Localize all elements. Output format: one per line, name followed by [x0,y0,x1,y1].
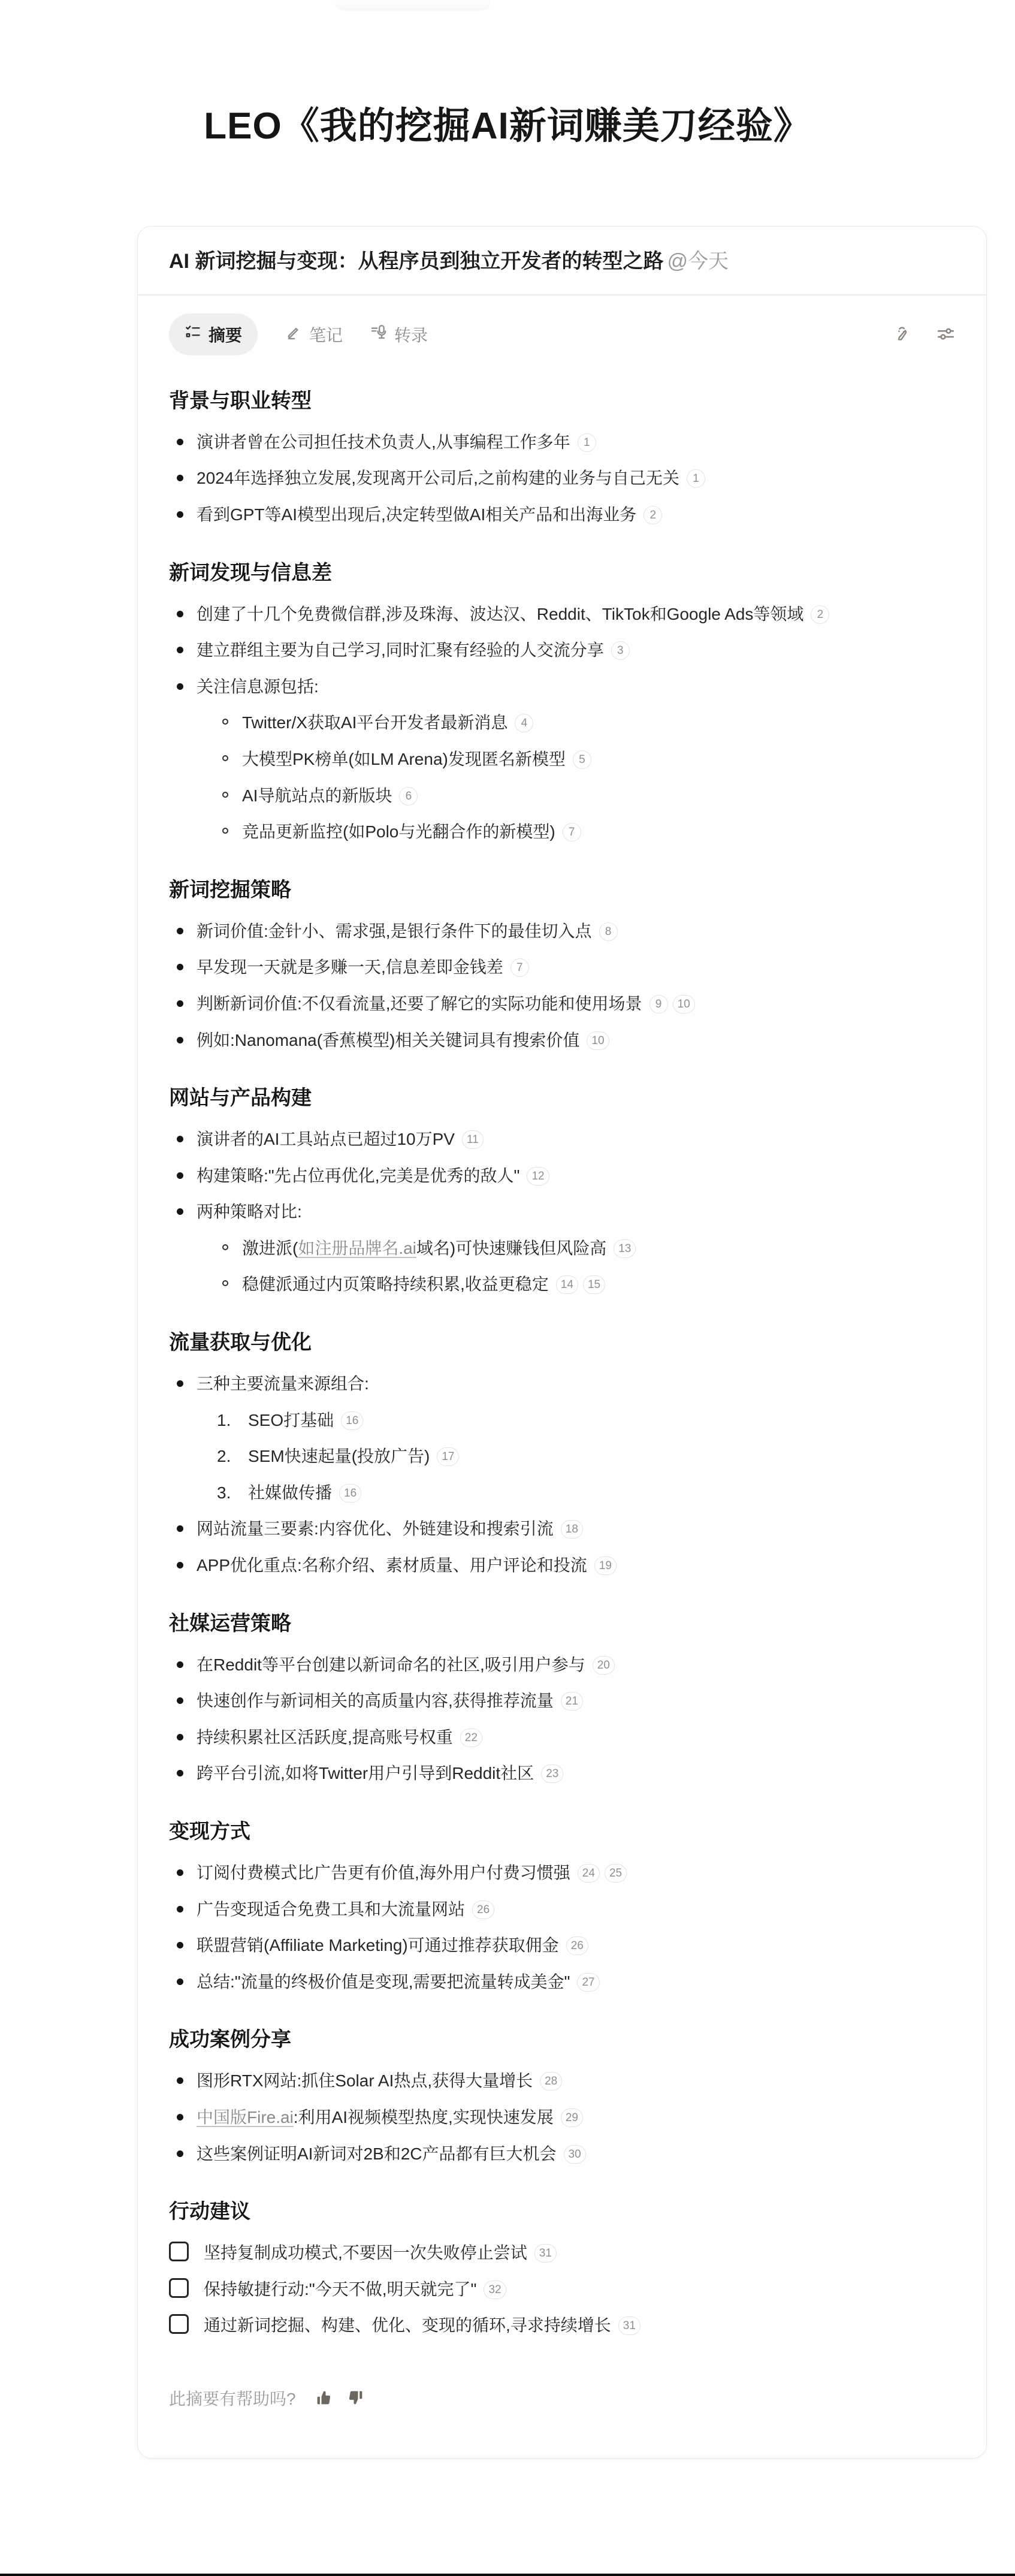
item-text-segment: 竞品更新监控(如Polo与光翻合作的新模型) [242,822,555,841]
bullet-icon [177,1000,183,1007]
item-text: AI导航站点的新版块6 [242,786,418,805]
list-item: Twitter/X获取AI平台开发者最新消息4 [215,711,955,735]
item-text-segment: SEO打基础 [248,1411,334,1429]
list-item: 快速创作与新词相关的高质量内容,获得推荐流量21 [169,1689,955,1714]
tab-summary-label: 摘要 [209,322,242,346]
item-text: 演讲者的AI工具站点已超过10万PV11 [197,1130,484,1148]
section-heading: 流量获取与优化 [169,1326,955,1355]
item-text: 三种主要流量来源组合: [197,1374,369,1393]
bottom-bar [0,2574,1015,2576]
bullet-icon [177,647,183,653]
list-item: AI导航站点的新版块6 [215,784,955,809]
summary-section: 变现方式订阅付费模式比广告更有价值,海外用户付费习惯强2425广告变现适合免费工… [169,1815,955,1994]
bullet-icon [177,2114,183,2120]
citation-badge[interactable]: 17 [437,1447,459,1466]
action-item: 通过新词挖掘、构建、优化、变现的循环,寻求持续增长31 [169,2313,955,2338]
item-text-segment: 坚持复制成功模式,不要因一次失败停止尝试 [204,2243,527,2262]
microphone-icon [370,324,387,345]
list-item: 激进派(如注册品牌名.ai域名)可快速赚钱但风险高13 [215,1236,955,1261]
section-heading: 社媒运营策略 [169,1607,955,1636]
item-text: 订阅付费模式比广告更有价值,海外用户付费习惯强2425 [197,1863,627,1882]
citation-badge[interactable]: 24 [578,1864,600,1883]
citation-badge[interactable]: 19 [594,1557,617,1575]
item-text-segment: 早发现一天就是多赚一天,信息差即金钱差 [197,958,503,976]
item-text-segment: 域名)可快速赚钱但风险高 [416,1239,606,1257]
checkbox[interactable] [169,2278,189,2298]
bullet-icon [177,1869,183,1876]
citation-badge[interactable]: 11 [462,1130,484,1149]
feedback-buttons [315,2389,364,2406]
citation-badge[interactable]: 8 [599,922,618,941]
bullet-icon [177,1697,183,1704]
list-item: 订阅付费模式比广告更有价值,海外用户付费习惯强2425 [169,1861,955,1886]
item-text-segment: 保持敏捷行动:"今天不做,明天就完了" [204,2280,476,2299]
list-item: 两种策略对比: [169,1200,955,1224]
item-text-segment: 创建了十几个免费微信群,涉及珠海、波达汉、Reddit、TikTok和Googl… [197,605,803,623]
citation-badge[interactable]: 31 [618,2316,641,2335]
list-item: 演讲者的AI工具站点已超过10万PV11 [169,1127,955,1152]
item-text-segment: 在Reddit等平台创建以新词命名的社区,吸引用户参与 [197,1655,585,1674]
list-item: 1.SEO打基础16 [215,1408,955,1433]
item-text-segment: 跨平台引流,如将Twitter用户引导到Reddit社区 [197,1764,534,1782]
list-item: 在Reddit等平台创建以新词命名的社区,吸引用户参与20 [169,1653,955,1678]
item-text-segment: 两种策略对比: [197,1202,302,1221]
citation-badge[interactable]: 13 [614,1239,636,1258]
card-meta-date: @今天 [667,250,729,273]
item-text: 看到GPT等AI模型出现后,决定转型做AI相关产品和出海业务2 [197,505,662,524]
tab-transcript[interactable]: 转录 [370,313,428,355]
list-number: 1. [217,1408,231,1433]
tab-notes[interactable]: 笔记 [285,313,343,355]
list-number: 2. [217,1444,231,1469]
citation-badge[interactable]: 2 [644,506,662,524]
list-item: 中国版Fire.ai:利用AI视频模型热度,实现快速发展29 [169,2106,955,2130]
item-text-segment: 演讲者曾在公司担任技术负责人,从事编程工作多年 [197,433,570,451]
item-text: 持续积累社区活跃度,提高账号权重22 [197,1728,482,1747]
citation-badge[interactable]: 31 [534,2244,557,2263]
citation-badge[interactable]: 25 [605,1864,627,1883]
bullet-icon [177,1037,183,1043]
item-text: 两种策略对比: [197,1202,302,1221]
list-item: 演讲者曾在公司担任技术负责人,从事编程工作多年1 [169,430,955,455]
item-text-segment: 新词价值:金针小、需求强,是银行条件下的最佳切入点 [197,922,592,940]
list-item: 竞品更新监控(如Polo与光翻合作的新模型)7 [215,820,955,844]
citation-badge[interactable]: 12 [527,1167,549,1186]
bullet-icon [177,1661,183,1668]
item-text-segment: 持续积累社区活跃度,提高账号权重 [197,1728,453,1747]
item-text-segment: 联盟营销(Affiliate Marketing)可通过推荐获取佣金 [197,1936,559,1954]
item-text-segment: 稳健派通过内页策略持续积累,收益更稳定 [242,1275,549,1293]
tab-transcript-label: 转录 [394,322,428,346]
bullet-icon [177,511,183,518]
bullet-icon [177,964,183,970]
bullet-icon [177,1172,183,1179]
citation-badge[interactable]: 1 [687,469,705,488]
item-text-segment: 广告变现适合免费工具和大流量网站 [197,1900,465,1919]
citation-badge[interactable]: 15 [583,1275,605,1294]
list-item: 广告变现适合免费工具和大流量网站26 [169,1898,955,1922]
item-text: SEM快速起量(投放广告)17 [248,1447,459,1465]
bullet-icon [177,683,183,690]
section-heading: 变现方式 [169,1815,955,1844]
item-text: 演讲者曾在公司担任技术负责人,从事编程工作多年1 [197,433,596,451]
bullet-icon [177,1942,183,1948]
feedback-row: 此摘要有帮助吗? [138,2350,986,2410]
item-text: 竞品更新监控(如Polo与光翻合作的新模型)7 [242,822,581,841]
section-heading: 新词发现与信息差 [169,556,955,586]
list-item: 三种主要流量来源组合: [169,1372,955,1396]
citation-badge[interactable]: 7 [510,958,529,977]
list-item: 2.SEM快速起量(投放广告)17 [215,1444,955,1469]
page-title: LEO《我的挖掘AI新词赚美刀经验》 [0,96,1015,149]
item-text-segment: 看到GPT等AI模型出现后,决定转型做AI相关产品和出海业务 [197,505,636,524]
citation-badge[interactable]: 26 [566,1936,588,1955]
item-text-segment: SEM快速起量(投放广告) [248,1447,430,1465]
citation-badge[interactable]: 5 [573,750,591,769]
summary-content: 背景与职业转型演讲者曾在公司担任技术负责人,从事编程工作多年12024年选择独立… [138,384,986,2338]
item-text-segment: 关注信息源包括: [197,677,319,696]
item-text-segment: 图形RTX网站:抓住Solar AI热点,获得大量增长 [197,2071,533,2090]
bullet-icon [177,1978,183,1985]
sub-bullet-icon [222,1280,228,1286]
citation-badge[interactable]: 23 [541,1764,563,1783]
citation-badge[interactable]: 7 [563,823,581,841]
bullet-icon [177,1208,183,1215]
list-item: 图形RTX网站:抓住Solar AI热点,获得大量增长28 [169,2069,955,2094]
sub-bullet-icon [222,792,228,798]
sub-bullet-icon [222,828,228,834]
item-text-segment: 激进派( [242,1239,298,1257]
item-text-segment: 2024年选择独立发展,发现离开公司后,之前构建的业务与自己无关 [197,469,679,487]
summary-section: 网站与产品构建演讲者的AI工具站点已超过10万PV11构建策略:"先占位再优化,… [169,1081,955,1297]
section-heading: 背景与职业转型 [169,384,955,414]
bullet-icon [177,2150,183,2157]
item-text-segment: AI导航站点的新版块 [242,786,392,805]
list-item: 关注信息源包括: [169,675,955,699]
list-item: 创建了十几个免费微信群,涉及珠海、波达汉、Reddit、TikTok和Googl… [169,602,955,627]
section-heading: 行动建议 [169,2195,955,2224]
item-text: 总结:"流量的终极价值是变现,需要把流量转成美金"27 [197,1972,600,1991]
citation-badge[interactable]: 20 [593,1656,615,1675]
citation-badge[interactable]: 2 [811,605,829,624]
item-text-segment: 总结:"流量的终极价值是变现,需要把流量转成美金" [197,1972,570,1991]
list-item: 网站流量三要素:内容优化、外链建设和搜索引流18 [169,1517,955,1542]
checkbox[interactable] [169,2314,189,2334]
card-header: AI 新词挖掘与变现：从程序员到独立开发者的转型之路@今天 [138,227,986,294]
bullet-icon [177,1770,183,1776]
citation-badge[interactable]: 6 [399,787,418,806]
item-text-segment: 建立群组主要为自己学习,同时汇聚有经验的人交流分享 [197,641,604,659]
bullet-icon [177,1525,183,1532]
item-text: 坚持复制成功模式,不要因一次失败停止尝试31 [204,2243,557,2262]
tab-summary[interactable]: 摘要 [169,313,258,355]
item-text: 激进派(如注册品牌名.ai域名)可快速赚钱但风险高13 [242,1239,636,1257]
item-text-segment: APP优化重点:名称介绍、素材质量、用户评论和投流 [197,1556,587,1574]
citation-badge[interactable]: 10 [673,995,695,1013]
item-text: 建立群组主要为自己学习,同时汇聚有经验的人交流分享3 [197,641,630,659]
citation-badge[interactable]: 16 [341,1411,363,1430]
item-text: 保持敏捷行动:"今天不做,明天就完了"32 [204,2280,506,2299]
item-text-segment: 快速创作与新词相关的高质量内容,获得推荐流量 [197,1691,554,1710]
summary-card: AI 新词挖掘与变现：从程序员到独立开发者的转型之路@今天 摘要 [137,226,987,2459]
citation-badge[interactable]: 28 [540,2072,562,2091]
list-number: 3. [217,1481,231,1506]
item-text-segment: 社媒做传播 [248,1483,332,1502]
citation-badge[interactable]: 30 [564,2145,586,2164]
list-item: 总结:"流量的终极价值是变现,需要把流量转成美金"27 [169,1970,955,1995]
sub-bullet-icon [222,755,228,761]
pencil-icon [285,324,302,345]
list-item: 跨平台引流,如将Twitter用户引导到Reddit社区23 [169,1761,955,1786]
citation-badge[interactable]: 18 [561,1520,583,1539]
item-text: APP优化重点:名称介绍、素材质量、用户评论和投流19 [197,1556,617,1574]
item-text: 早发现一天就是多赚一天,信息差即金钱差7 [197,958,529,976]
list-item: 例如:Nanomana(香蕉模型)相关关键词具有搜索价值10 [169,1028,955,1053]
summary-section: 社媒运营策略在Reddit等平台创建以新词命名的社区,吸引用户参与20快速创作与… [169,1607,955,1786]
feedback-question: 此摘要有帮助吗? [169,2386,296,2410]
thumbs-down-button[interactable] [347,2389,364,2406]
item-text: 判断新词价值:不仅看流量,还要了解它的实际功能和使用场景910 [197,994,695,1013]
item-text-segment: 大模型PK榜单(如LM Arena)发现匿名新模型 [242,750,566,768]
summary-section: 背景与职业转型演讲者曾在公司担任技术负责人,从事编程工作多年12024年选择独立… [169,384,955,527]
bullet-icon [177,439,183,445]
item-text-segment: 通过新词挖掘、构建、优化、变现的循环,寻求持续增长 [204,2316,611,2334]
item-text-segment: 演讲者的AI工具站点已超过10万PV [197,1130,455,1148]
item-text: 社媒做传播16 [248,1483,361,1502]
sparkle-pen-icon[interactable] [894,325,913,343]
item-text: 联盟营销(Affiliate Marketing)可通过推荐获取佣金26 [197,1936,588,1954]
item-text: 创建了十几个免费微信群,涉及珠海、波达汉、Reddit、TikTok和Googl… [197,605,829,623]
item-text-segment: 三种主要流量来源组合: [197,1374,369,1393]
section-heading: 成功案例分享 [169,2023,955,2052]
inline-link[interactable]: 中国版Fire.ai [197,2108,294,2126]
item-text: 通过新词挖掘、构建、优化、变现的循环,寻求持续增长31 [204,2316,641,2334]
item-text: 2024年选择独立发展,发现离开公司后,之前构建的业务与自己无关1 [197,469,705,487]
summary-section: 流量获取与优化三种主要流量来源组合:1.SEO打基础162.SEM快速起量(投放… [169,1326,955,1578]
citation-badge[interactable]: 22 [460,1729,482,1747]
summary-section: 新词挖掘策略新词价值:金针小、需求强,是银行条件下的最佳切入点8早发现一天就是多… [169,873,955,1052]
citation-badge[interactable]: 14 [556,1275,578,1294]
bullet-icon [177,928,183,934]
sub-bullet-icon [222,719,228,725]
item-text-segment: 判断新词价值:不仅看流量,还要了解它的实际功能和使用场景 [197,994,642,1013]
item-text: 关注信息源包括: [197,677,319,696]
summary-section: 成功案例分享图形RTX网站:抓住Solar AI热点,获得大量增长28中国版Fi… [169,2023,955,2166]
item-text-segment: 例如:Nanomana(香蕉模型)相关关键词具有搜索价值 [197,1031,579,1049]
item-text-segment: Twitter/X获取AI平台开发者最新消息 [242,713,507,732]
item-text: 中国版Fire.ai:利用AI视频模型热度,实现快速发展29 [197,2108,583,2126]
bullet-icon [177,475,183,481]
toast-remnant [336,0,490,9]
item-text: 构建策略:"先占位再优化,完美是优秀的敌人"12 [197,1166,549,1185]
citation-badge[interactable]: 10 [587,1031,609,1050]
item-text: 稳健派通过内页策略持续积累,收益更稳定1415 [242,1275,605,1293]
list-item: 大模型PK榜单(如LM Arena)发现匿名新模型5 [215,747,955,772]
citation-badge[interactable]: 4 [515,714,533,732]
summary-section: 新词发现与信息差创建了十几个免费微信群,涉及珠海、波达汉、Reddit、TikT… [169,556,955,844]
list-item: 3.社媒做传播16 [215,1481,955,1506]
checklist-icon [185,324,201,345]
bullet-icon [177,1380,183,1387]
item-text: 广告变现适合免费工具和大流量网站26 [197,1900,494,1919]
item-text-segment: 订阅付费模式比广告更有价值,海外用户付费习惯强 [197,1863,570,1882]
item-text: 这些案例证明AI新词对2B和2C产品都有巨大机会30 [197,2144,586,2163]
bullet-icon [177,611,183,617]
citation-badge[interactable]: 21 [561,1692,583,1711]
thumbs-up-button[interactable] [315,2389,333,2406]
action-item: 保持敏捷行动:"今天不做,明天就完了"32 [169,2278,955,2302]
citation-badge[interactable]: 16 [339,1484,361,1503]
item-text: 图形RTX网站:抓住Solar AI热点,获得大量增长28 [197,2071,562,2090]
list-item: 联盟营销(Affiliate Marketing)可通过推荐获取佣金26 [169,1933,955,1958]
card-toolbar [894,325,955,343]
list-item: 2024年选择独立发展,发现离开公司后,之前构建的业务与自己无关1 [169,466,955,491]
item-text: Twitter/X获取AI平台开发者最新消息4 [242,713,533,732]
item-text: 新词价值:金针小、需求强,是银行条件下的最佳切入点8 [197,922,618,940]
bullet-icon [177,1734,183,1741]
item-text: SEO打基础16 [248,1411,363,1429]
list-item: 早发现一天就是多赚一天,信息差即金钱差7 [169,955,955,980]
section-heading: 网站与产品构建 [169,1081,955,1111]
item-text-segment: 网站流量三要素:内容优化、外链建设和搜索引流 [197,1519,554,1538]
item-text: 在Reddit等平台创建以新词命名的社区,吸引用户参与20 [197,1655,615,1674]
bullet-icon [177,1136,183,1142]
list-item: 这些案例证明AI新词对2B和2C产品都有巨大机会30 [169,2142,955,2167]
item-text: 跨平台引流,如将Twitter用户引导到Reddit社区23 [197,1764,563,1782]
citation-badge[interactable]: 1 [578,433,596,452]
citation-badge[interactable]: 27 [577,1973,599,1992]
item-text-segment: :利用AI视频模型热度,实现快速发展 [294,2108,554,2126]
bullet-icon [177,2077,183,2084]
summary-section: 行动建议坚持复制成功模式,不要因一次失败停止尝试31保持敏捷行动:"今天不做,明… [169,2195,955,2338]
list-item: 判断新词价值:不仅看流量,还要了解它的实际功能和使用场景910 [169,992,955,1016]
item-text: 网站流量三要素:内容优化、外链建设和搜索引流18 [197,1519,583,1538]
list-item: APP优化重点:名称介绍、素材质量、用户评论和投流19 [169,1554,955,1578]
tab-notes-label: 笔记 [309,322,343,346]
sub-bullet-icon [222,1244,228,1250]
citation-badge[interactable]: 32 [484,2281,506,2299]
inline-link[interactable]: 如注册品牌名.ai [298,1239,416,1257]
list-item: 构建策略:"先占位再优化,完美是优秀的敌人"12 [169,1164,955,1189]
item-text-segment: 这些案例证明AI新词对2B和2C产品都有巨大机会 [197,2144,557,2163]
section-heading: 新词挖掘策略 [169,873,955,903]
item-text-segment: 构建策略:"先占位再优化,完美是优秀的敌人" [197,1166,519,1185]
list-item: 稳健派通过内页策略持续积累,收益更稳定1415 [215,1272,955,1297]
citation-badge[interactable]: 3 [611,641,630,660]
item-text: 例如:Nanomana(香蕉模型)相关关键词具有搜索价值10 [197,1031,609,1049]
checkbox[interactable] [169,2242,189,2261]
bullet-icon [177,1562,183,1568]
citation-badge[interactable]: 26 [472,1901,494,1919]
card-title-text: AI 新词挖掘与变现：从程序员到独立开发者的转型之路 [169,250,663,273]
card-title: AI 新词挖掘与变现：从程序员到独立开发者的转型之路@今天 [169,247,955,276]
list-item: 持续积累社区活跃度,提高账号权重22 [169,1726,955,1750]
tab-bar: 摘要 笔记 转录 [138,295,986,355]
bullet-icon [177,1906,183,1913]
list-item: 建立群组主要为自己学习,同时汇聚有经验的人交流分享3 [169,638,955,663]
item-text: 大模型PK榜单(如LM Arena)发现匿名新模型5 [242,750,591,768]
item-text: 快速创作与新词相关的高质量内容,获得推荐流量21 [197,1691,583,1710]
action-item: 坚持复制成功模式,不要因一次失败停止尝试31 [169,2241,955,2266]
citation-badge[interactable]: 29 [561,2109,583,2127]
list-item: 新词价值:金针小、需求强,是银行条件下的最佳切入点8 [169,919,955,944]
sliders-icon[interactable] [937,325,955,343]
citation-badge[interactable]: 9 [650,995,668,1013]
list-item: 看到GPT等AI模型出现后,决定转型做AI相关产品和出海业务2 [169,503,955,527]
